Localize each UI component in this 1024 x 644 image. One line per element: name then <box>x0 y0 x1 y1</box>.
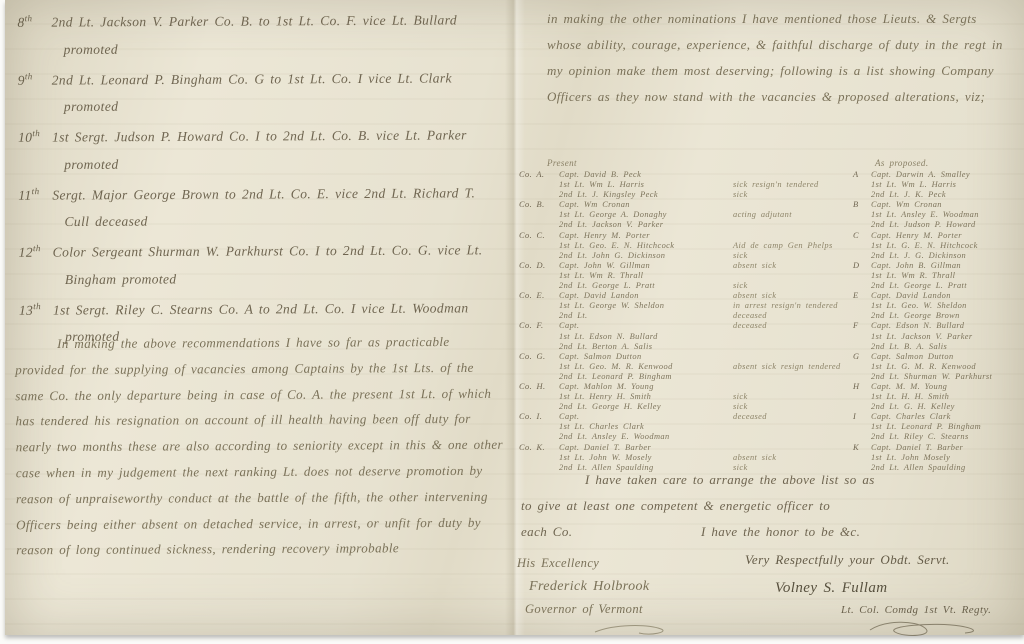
entry-number: 11th <box>18 178 52 209</box>
table-row: 1st Lt. Wm R. Thrall1st Lt. Wm R. Thrall <box>519 271 1019 281</box>
remark <box>733 372 851 382</box>
proposed-officer: 1st Lt. H. H. Smith <box>871 392 1019 402</box>
remark <box>733 382 851 392</box>
entry-number: 12th <box>19 235 53 266</box>
proposed-officer: 2nd Lt. George L. Pratt <box>871 281 1019 291</box>
remark: absent sick <box>733 261 851 271</box>
entry-number: 10th <box>18 120 52 151</box>
remark: deceased <box>733 311 851 321</box>
proposed-officer: Capt. Edson N. Bullard <box>871 321 1019 331</box>
proposed-letter <box>853 342 869 352</box>
company-label: Co. D. <box>519 261 557 271</box>
table-row: 2nd Lt. John G. Dickinsonsick2nd Lt. J. … <box>519 251 1019 261</box>
proposed-officer: 1st Lt. John Mosely <box>871 453 1019 463</box>
manuscript-page-left: 8th2nd Lt. Jackson V. Parker Co. B. to 1… <box>7 0 508 636</box>
proposed-officer: 1st Lt. G. M. R. Kenwood <box>871 362 1019 372</box>
present-officer: Capt. <box>559 412 731 422</box>
proposed-letter <box>853 271 869 281</box>
remark <box>733 443 851 453</box>
table-row: 1st Lt. Henry H. Smithsick1st Lt. H. H. … <box>519 392 1019 402</box>
company-label <box>519 251 557 261</box>
table-row: 2nd Lt.deceased2nd Lt. George Brown <box>519 311 1019 321</box>
entry-ordinal-suffix: th <box>25 71 33 81</box>
present-officer: Capt. David Landon <box>559 291 731 301</box>
present-officer: 2nd Lt. Jackson V. Parker <box>559 220 731 230</box>
proposed-letter: C <box>853 231 869 241</box>
promotion-entry: 12thColor Sergeant Shurman W. Parkhurst … <box>15 233 501 293</box>
present-officer: 1st Lt. Edson N. Bullard <box>559 332 731 342</box>
table-row: 2nd Lt. Ansley E. Woodman2nd Lt. Riley C… <box>519 432 1019 442</box>
proposed-letter <box>853 362 869 372</box>
remark <box>733 231 851 241</box>
table-row: Co. F.Capt.deceasedFCapt. Edson N. Bulla… <box>519 321 1019 331</box>
remark: acting adjutant <box>733 210 851 220</box>
company-label <box>519 463 557 473</box>
proposed-officer: 2nd Lt. Allen Spaulding <box>871 463 1019 473</box>
proposed-officer: Capt. Daniel T. Barber <box>871 443 1019 453</box>
proposed-officer: Capt. Salmon Dutton <box>871 352 1019 362</box>
present-officer: 1st Lt. George A. Donaghy <box>559 210 731 220</box>
table-row: 2nd Lt. George H. Kelleysick2nd Lt. G. H… <box>519 402 1019 412</box>
left-paragraph: In making the above recommendations I ha… <box>15 329 504 564</box>
proposed-officer: 2nd Lt. J. K. Peck <box>871 190 1019 200</box>
proposed-letter <box>853 422 869 432</box>
closing-line-2: to give at least one competent & energet… <box>521 498 830 514</box>
present-officer: 2nd Lt. George H. Kelley <box>559 402 731 412</box>
proposed-letter <box>853 281 869 291</box>
remark <box>733 342 851 352</box>
table-row: Co. C.Capt. Henry M. PorterCCapt. Henry … <box>519 231 1019 241</box>
proposed-letter: A <box>853 170 869 180</box>
proposed-letter <box>853 453 869 463</box>
company-label: Co. C. <box>519 231 557 241</box>
remark <box>733 332 851 342</box>
respect-line: Very Respectfully your Obdt. Servt. <box>745 552 950 568</box>
proposed-letter <box>853 372 869 382</box>
closing-line-1: I have taken care to arrange the above l… <box>585 472 875 488</box>
proposed-officer: 2nd Lt. George Brown <box>871 311 1019 321</box>
present-column-header: Present <box>547 158 577 168</box>
company-label <box>519 311 557 321</box>
present-officer: Capt. Daniel T. Barber <box>559 443 731 453</box>
proposed-letter: E <box>853 291 869 301</box>
present-officer: 2nd Lt. <box>559 311 731 321</box>
table-row: 2nd Lt. Berton A. Salis2nd Lt. B. A. Sal… <box>519 342 1019 352</box>
table-row: 1st Lt. George W. Sheldonin arrest resig… <box>519 301 1019 311</box>
promotion-entries: 8th2nd Lt. Jackson V. Parker Co. B. to 1… <box>13 3 501 351</box>
remark <box>733 422 851 432</box>
proposed-officer: 2nd Lt. B. A. Salis <box>871 342 1019 352</box>
remark: sick <box>733 402 851 412</box>
proposed-letter <box>853 210 869 220</box>
company-label: Co. B. <box>519 200 557 210</box>
table-row: 2nd Lt. George L. Prattsick2nd Lt. Georg… <box>519 281 1019 291</box>
entry-ordinal-suffix: th <box>32 186 40 196</box>
company-label <box>519 220 557 230</box>
right-paragraph: in making the other nominations I have m… <box>547 6 1009 110</box>
proposed-letter <box>853 251 869 261</box>
remark: in arrest resign'n tendered <box>733 301 851 311</box>
promotion-entry: 9th2nd Lt. Leonard P. Bingham Co. G to 1… <box>14 60 500 120</box>
remark <box>733 271 851 281</box>
present-officer: 1st Lt. Geo. M. R. Kenwood <box>559 362 731 372</box>
company-label <box>519 241 557 251</box>
officers-table: Co. A.Capt. David B. PeckACapt. Darwin A… <box>519 170 1019 473</box>
proposed-letter <box>853 402 869 412</box>
remark: absent sick resign tendered <box>733 362 851 372</box>
table-row: 2nd Lt. Leonard P. Bingham2nd Lt. Shurma… <box>519 372 1019 382</box>
table-row: 2nd Lt. Jackson V. Parker2nd Lt. Judson … <box>519 220 1019 230</box>
present-officer: 2nd Lt. Berton A. Salis <box>559 342 731 352</box>
address-line: His Excellency <box>517 552 650 575</box>
company-label <box>519 362 557 372</box>
proposed-letter: H <box>853 382 869 392</box>
present-officer: Capt. Salmon Dutton <box>559 352 731 362</box>
entry-text: 1st Sergt. Judson P. Howard Co. I to 2nd… <box>52 127 467 171</box>
proposed-officer: Capt. John B. Gillman <box>871 261 1019 271</box>
proposed-letter <box>853 392 869 402</box>
remark: deceased <box>733 412 851 422</box>
remark <box>733 432 851 442</box>
present-officer: 1st Lt. George W. Sheldon <box>559 301 731 311</box>
table-row: Co. G.Capt. Salmon DuttonGCapt. Salmon D… <box>519 352 1019 362</box>
present-officer: Capt. Mahlon M. Young <box>559 382 731 392</box>
proposed-officer: 2nd Lt. Riley C. Stearns <box>871 432 1019 442</box>
proposed-officer: 1st Lt. G. E. N. Hitchcock <box>871 241 1019 251</box>
table-row: 1st Lt. John W. Moselyabsent sick1st Lt.… <box>519 453 1019 463</box>
company-label: Co. I. <box>519 412 557 422</box>
company-label <box>519 372 557 382</box>
proposed-letter: I <box>853 412 869 422</box>
remark: sick <box>733 392 851 402</box>
company-label <box>519 332 557 342</box>
proposed-letter: F <box>853 321 869 331</box>
promotion-entry: 11thSergt. Major George Brown to 2nd Lt.… <box>14 175 500 235</box>
entry-ordinal-suffix: th <box>33 243 41 253</box>
company-label <box>519 180 557 190</box>
remark: sick resign'n tendered <box>733 180 851 190</box>
company-label <box>519 422 557 432</box>
present-officer: 1st Lt. Geo. E. N. Hitchcock <box>559 241 731 251</box>
entry-text: 2nd Lt. Leonard P. Bingham Co. G to 1st … <box>52 70 452 114</box>
remark: absent sick <box>733 453 851 463</box>
proposed-letter: B <box>853 200 869 210</box>
present-officer: 1st Lt. Henry H. Smith <box>559 392 731 402</box>
proposed-letter <box>853 332 869 342</box>
present-officer: Capt. David B. Peck <box>559 170 731 180</box>
proposed-letter <box>853 190 869 200</box>
present-officer: Capt. Wm Cronan <box>559 200 731 210</box>
proposed-officer: 1st Lt. Ansley E. Woodman <box>871 210 1019 220</box>
remark <box>733 200 851 210</box>
table-row: 1st Lt. Edson N. Bullard1st Lt. Jackson … <box>519 332 1019 342</box>
company-label <box>519 402 557 412</box>
table-row: 1st Lt. Geo. E. N. HitchcockAid de camp … <box>519 241 1019 251</box>
proposed-officer: 2nd Lt. G. H. Kelley <box>871 402 1019 412</box>
table-row: 1st Lt. Wm L. Harrissick resign'n tender… <box>519 180 1019 190</box>
proposed-letter <box>853 241 869 251</box>
signature-title: Lt. Col. Comdg 1st Vt. Regty. <box>841 604 991 616</box>
entry-number: 9th <box>18 63 52 94</box>
table-row: 1st Lt. Charles Clark1st Lt. Leonard P. … <box>519 422 1019 432</box>
table-row: Co. A.Capt. David B. PeckACapt. Darwin A… <box>519 170 1019 180</box>
present-officer: 1st Lt. John W. Mosely <box>559 453 731 463</box>
paper-sheet: 8th2nd Lt. Jackson V. Parker Co. B. to 1… <box>5 0 1024 635</box>
entry-text: 2nd Lt. Jackson V. Parker Co. B. to 1st … <box>51 12 457 56</box>
proposed-officer: 2nd Lt. J. G. Dickinson <box>871 251 1019 261</box>
company-label: Co. F. <box>519 321 557 331</box>
address-block: His ExcellencyFrederick HolbrookGovernor… <box>517 552 650 621</box>
present-officer: Capt. Henry M. Porter <box>559 231 731 241</box>
company-label: Co. A. <box>519 170 557 180</box>
entry-ordinal-suffix: th <box>25 13 33 23</box>
table-row: Co. K.Capt. Daniel T. BarberKCapt. Danie… <box>519 443 1019 453</box>
company-label <box>519 210 557 220</box>
present-officer: 1st Lt. Wm R. Thrall <box>559 271 731 281</box>
address-line: Frederick Holbrook <box>529 575 650 598</box>
company-label <box>519 342 557 352</box>
proposed-column-header: As proposed. <box>875 158 928 168</box>
proposed-officer: Capt. David Landon <box>871 291 1019 301</box>
proposed-letter <box>853 432 869 442</box>
table-row: 1st Lt. George A. Donaghyacting adjutant… <box>519 210 1019 220</box>
proposed-letter <box>853 301 869 311</box>
company-label: Co. K. <box>519 443 557 453</box>
entry-ordinal-suffix: th <box>32 128 40 138</box>
honor-line: I have the honor to be &c. <box>701 524 860 540</box>
present-officer: 2nd Lt. Ansley E. Woodman <box>559 432 731 442</box>
proposed-officer: 1st Lt. Leonard P. Bingham <box>871 422 1019 432</box>
manuscript-page-right: in making the other nominations I have m… <box>513 0 1021 635</box>
present-officer: 2nd Lt. J. Kingsley Peck <box>559 190 731 200</box>
present-officer: 2nd Lt. John G. Dickinson <box>559 251 731 261</box>
entry-ordinal-suffix: th <box>33 301 41 311</box>
proposed-officer: Capt. Wm Cronan <box>871 200 1019 210</box>
table-row: 1st Lt. Geo. M. R. Kenwoodabsent sick re… <box>519 362 1019 372</box>
entry-number: 13th <box>19 293 53 324</box>
address-flourish-icon <box>591 622 671 638</box>
proposed-officer: 1st Lt. Geo. W. Sheldon <box>871 301 1019 311</box>
proposed-officer: Capt. M. M. Young <box>871 382 1019 392</box>
table-row: Co. D.Capt. John W. Gillmanabsent sickDC… <box>519 261 1019 271</box>
company-label <box>519 432 557 442</box>
address-line: Governor of Vermont <box>525 598 650 621</box>
scanned-letter: 8th2nd Lt. Jackson V. Parker Co. B. to 1… <box>0 0 1024 644</box>
company-label: Co. G. <box>519 352 557 362</box>
company-label <box>519 281 557 291</box>
present-officer: 2nd Lt. George L. Pratt <box>559 281 731 291</box>
promotion-entry: 10th1st Sergt. Judson P. Howard Co. I to… <box>14 118 500 178</box>
entry-number: 8th <box>17 5 51 36</box>
table-row: Co. H.Capt. Mahlon M. YoungHCapt. M. M. … <box>519 382 1019 392</box>
table-row: 2nd Lt. J. Kingsley Pecksick2nd Lt. J. K… <box>519 190 1019 200</box>
signature: Volney S. Fullam <box>775 580 887 597</box>
present-officer: Capt. <box>559 321 731 331</box>
proposed-letter <box>853 311 869 321</box>
company-label <box>519 190 557 200</box>
remark: sick <box>733 281 851 291</box>
company-label <box>519 453 557 463</box>
remark: deceased <box>733 321 851 331</box>
table-row: Co. B.Capt. Wm CronanBCapt. Wm Cronan <box>519 200 1019 210</box>
proposed-officer: 2nd Lt. Shurman W. Parkhurst <box>871 372 1019 382</box>
remark: Aid de camp Gen Phelps <box>733 241 851 251</box>
table-row: Co. I.Capt.deceasedICapt. Charles Clark <box>519 412 1019 422</box>
proposed-letter: G <box>853 352 869 362</box>
proposed-officer: 2nd Lt. Judson P. Howard <box>871 220 1019 230</box>
company-label: Co. E. <box>519 291 557 301</box>
entry-text: Color Sergeant Shurman W. Parkhurst Co. … <box>53 242 483 286</box>
present-officer: Capt. John W. Gillman <box>559 261 731 271</box>
remark <box>733 220 851 230</box>
proposed-officer: 1st Lt. Jackson V. Parker <box>871 332 1019 342</box>
proposed-letter: K <box>853 443 869 453</box>
entry-text: Sergt. Major George Brown to 2nd Lt. Co.… <box>52 185 475 229</box>
table-row: Co. E.Capt. David Landonabsent sickECapt… <box>519 291 1019 301</box>
remark: absent sick <box>733 291 851 301</box>
closing-line-3: each Co. <box>521 524 572 540</box>
proposed-letter: D <box>853 261 869 271</box>
company-label <box>519 301 557 311</box>
remark <box>733 352 851 362</box>
promotion-entry: 8th2nd Lt. Jackson V. Parker Co. B. to 1… <box>13 3 499 63</box>
present-officer: 1st Lt. Charles Clark <box>559 422 731 432</box>
company-label <box>519 271 557 281</box>
signature-flourish-icon <box>865 618 985 638</box>
proposed-letter <box>853 180 869 190</box>
present-officer: 2nd Lt. Leonard P. Bingham <box>559 372 731 382</box>
proposed-letter <box>853 220 869 230</box>
proposed-officer: Capt. Darwin A. Smalley <box>871 170 1019 180</box>
remark: sick <box>733 190 851 200</box>
company-label: Co. H. <box>519 382 557 392</box>
company-label <box>519 392 557 402</box>
remark <box>733 170 851 180</box>
proposed-officer: Capt. Charles Clark <box>871 412 1019 422</box>
remark: sick <box>733 251 851 261</box>
present-officer: 1st Lt. Wm L. Harris <box>559 180 731 190</box>
proposed-officer: Capt. Henry M. Porter <box>871 231 1019 241</box>
proposed-officer: 1st Lt. Wm L. Harris <box>871 180 1019 190</box>
proposed-officer: 1st Lt. Wm R. Thrall <box>871 271 1019 281</box>
